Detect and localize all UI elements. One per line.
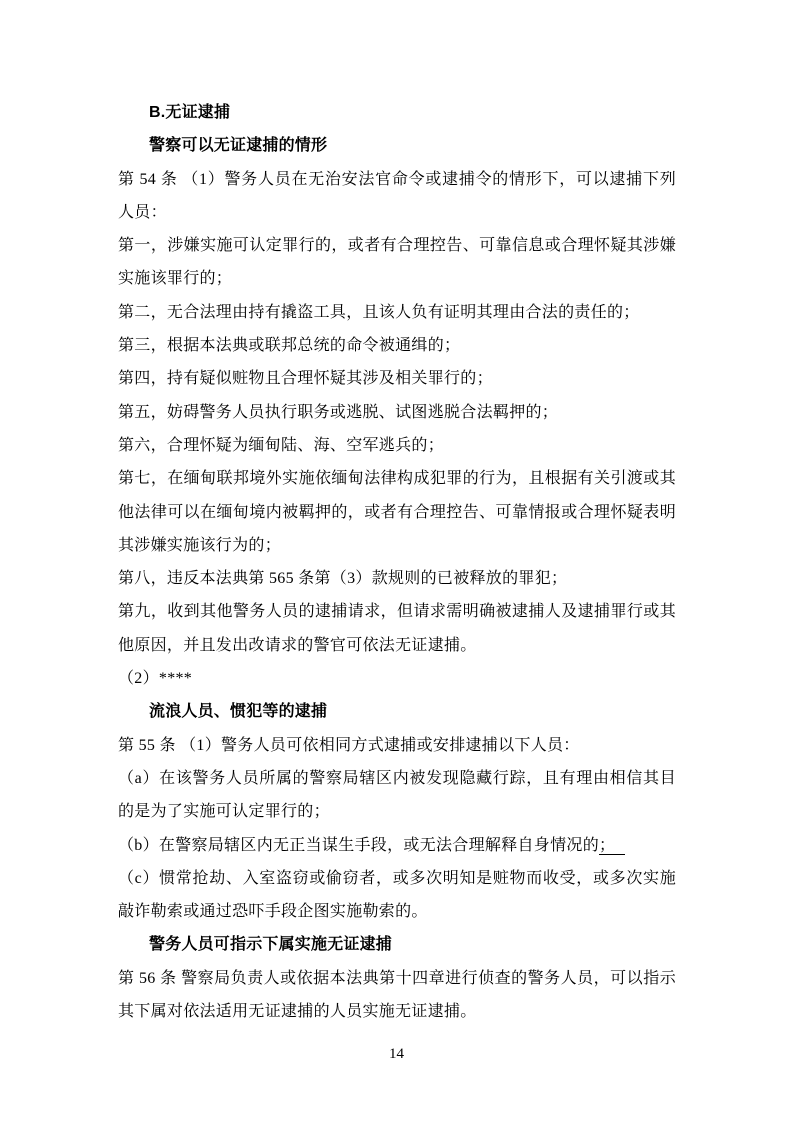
- paragraph: （c）惯常抢劫、入室盗窃或偷窃者，或多次明知是赃物而收受，或多次实施敲诈勒索或通…: [118, 862, 676, 929]
- paragraph-text: 警察可以无证逮捕的情形: [149, 137, 327, 154]
- paragraph-text: （b）在警察局辖区内无正当谋生手段，或无法合理解释自身情况的: [118, 837, 599, 854]
- paragraph-text: 第 54 条 （1）警务人员在无治安法官命令或逮捕令的情形下，可以逮捕下列人员：: [118, 171, 676, 221]
- paragraph: （a）在该警务人员所属的警察局辖区内被发现隐藏行踪，且有理由相信其目的是为了实施…: [118, 762, 676, 829]
- paragraph: 第四，持有疑似赃物且合理怀疑其涉及相关罪行的；: [118, 362, 676, 395]
- paragraph-text: 第八，违反本法典第 565 条第（3）款规则的已被释放的罪犯；: [118, 570, 567, 587]
- paragraph-text: 第四，持有疑似赃物且合理怀疑其涉及相关罪行的；: [118, 370, 493, 387]
- paragraph-text: 第五，妨碍警务人员执行职务或逃脱、试图逃脱合法羁押的；: [118, 404, 558, 421]
- paragraph-text: 第二，无合法理由持有撬盗工具，且该人负有证明其理由合法的责任的；: [118, 304, 640, 321]
- paragraph-text: （c）惯常抢劫、入室盗窃或偷窃者，或多次明知是赃物而收受，或多次实施敲诈勒索或通…: [118, 870, 676, 920]
- paragraph: （2）****: [118, 662, 676, 695]
- paragraph-text: B.无证逮捕: [149, 104, 230, 121]
- paragraph: 第六，合理怀疑为缅甸陆、海、空军逃兵的；: [118, 429, 676, 462]
- document-content: B.无证逮捕警察可以无证逮捕的情形第 54 条 （1）警务人员在无治安法官命令或…: [118, 96, 676, 1028]
- page-footer: 14: [0, 1046, 793, 1063]
- paragraph: 第三，根据本法典或联邦总统的命令被通缉的；: [118, 329, 676, 362]
- paragraph-text: 警务人员可指示下属实施无证逮捕: [149, 936, 392, 953]
- section-heading: B.无证逮捕: [118, 96, 676, 129]
- section-heading: 警察可以无证逮捕的情形: [118, 129, 676, 162]
- paragraph-text: 第六，合理怀疑为缅甸陆、海、空军逃兵的；: [118, 437, 444, 454]
- paragraph: （b）在警察局辖区内无正当谋生手段，或无法合理解释自身情况的；: [118, 829, 676, 862]
- paragraph-text: 第 56 条 警察局负责人或依据本法典第十四章进行侦查的警务人员，可以指示其下属…: [118, 970, 676, 1020]
- section-heading: 流浪人员、惯犯等的逮捕: [118, 695, 676, 728]
- paragraph-text: （2）****: [118, 670, 192, 687]
- underlined-blank: ；: [599, 837, 625, 855]
- paragraph: 第五，妨碍警务人员执行职务或逃脱、试图逃脱合法羁押的；: [118, 396, 676, 429]
- paragraph-text: 第七，在缅甸联邦境外实施依缅甸法律构成犯罪的行为，且根据有关引渡或其他法律可以在…: [118, 470, 676, 554]
- paragraph-text: （a）在该警务人员所属的警察局辖区内被发现隐藏行踪，且有理由相信其目的是为了实施…: [118, 770, 676, 820]
- paragraph: 第二，无合法理由持有撬盗工具，且该人负有证明其理由合法的责任的；: [118, 296, 676, 329]
- paragraph: 第 54 条 （1）警务人员在无治安法官命令或逮捕令的情形下，可以逮捕下列人员：: [118, 163, 676, 230]
- section-heading: 警务人员可指示下属实施无证逮捕: [118, 928, 676, 961]
- paragraph-text: 第九，收到其他警务人员的逮捕请求，但请求需明确被逮捕人及逮捕罪行或其他原因，并且…: [118, 603, 676, 653]
- document-page: B.无证逮捕警察可以无证逮捕的情形第 54 条 （1）警务人员在无治安法官命令或…: [0, 0, 793, 1122]
- paragraph: 第一，涉嫌实施可认定罪行的，或者有合理控告、可靠信息或合理怀疑其涉嫌实施该罪行的…: [118, 229, 676, 296]
- paragraph: 第 56 条 警察局负责人或依据本法典第十四章进行侦查的警务人员，可以指示其下属…: [118, 962, 676, 1029]
- paragraph-text: 第三，根据本法典或联邦总统的命令被通缉的；: [118, 337, 460, 354]
- paragraph-text: 第一，涉嫌实施可认定罪行的，或者有合理控告、可靠信息或合理怀疑其涉嫌实施该罪行的…: [118, 237, 676, 287]
- paragraph-text: 流浪人员、惯犯等的逮捕: [149, 703, 327, 720]
- paragraph-text: 第 55 条 （1）警务人员可依相同方式逮捕或安排逮捕以下人员：: [118, 737, 580, 754]
- paragraph: 第八，违反本法典第 565 条第（3）款规则的已被释放的罪犯；: [118, 562, 676, 595]
- paragraph: 第七，在缅甸联邦境外实施依缅甸法律构成犯罪的行为，且根据有关引渡或其他法律可以在…: [118, 462, 676, 562]
- paragraph: 第九，收到其他警务人员的逮捕请求，但请求需明确被逮捕人及逮捕罪行或其他原因，并且…: [118, 595, 676, 662]
- page-number: 14: [389, 1046, 404, 1062]
- paragraph: 第 55 条 （1）警务人员可依相同方式逮捕或安排逮捕以下人员：: [118, 729, 676, 762]
